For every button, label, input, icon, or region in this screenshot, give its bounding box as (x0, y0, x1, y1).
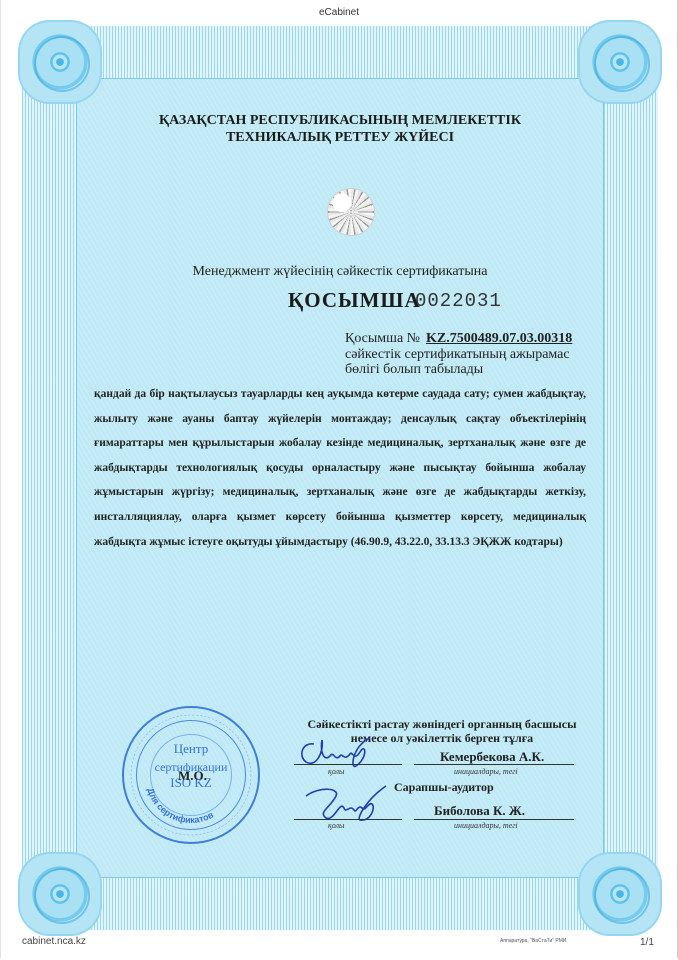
signature-line (294, 819, 402, 820)
name-line (414, 819, 574, 820)
title-line-2: ТЕХНИКАЛЫҚ РЕТТЕУ ЖҮЙЕСІ (22, 129, 658, 146)
stamp-mo-label: М.О. (178, 768, 207, 784)
svg-text:Для сертификатов: Для сертификатов (145, 787, 215, 825)
stamp-line-1: Центр (124, 742, 258, 756)
certificate-title: ҚАЗАҚСТАН РЕСПУБЛИКАСЫНЫҢ МЕМЛЕКЕТТІК ТЕ… (22, 112, 658, 146)
annex-ref-line-3: бөлігі болып табылады (345, 362, 572, 378)
certificate-sheet: ҚАЗАҚСТАН РЕСПУБЛИКАСЫНЫҢ МЕМЛЕКЕТТІК ТЕ… (22, 26, 658, 930)
hologram-icon (328, 189, 374, 235)
certificate-subtitle: Менеджмент жүйесінің сәйкестік сертифика… (22, 264, 658, 280)
signature-auditor-icon (300, 782, 390, 824)
rosette-icon (578, 852, 662, 936)
head-name: Кемербекова А.К. (440, 749, 544, 765)
rosette-icon (578, 20, 662, 104)
name-caption: инициалдары, тегі (454, 821, 518, 830)
annex-serial-number: 0022031 (415, 290, 502, 312)
footer-site-link[interactable]: cabinet.nca.kz (22, 936, 86, 947)
signature-line (294, 764, 402, 765)
annex-heading: ҚОСЫМША (288, 288, 421, 313)
auditor-name: Биболова К. Ж. (434, 803, 525, 819)
head-title-line-1: Сәйкестікті растау жөніндегі органның ба… (302, 717, 582, 731)
signature-caption: қолы (328, 821, 344, 830)
annex-ref-prefix: Қосымша № (345, 331, 420, 346)
name-caption: инициалдары, тегі (454, 767, 518, 776)
page-indicator: 1/1 (640, 937, 654, 948)
footer-note: Аппаратура, "ВаСтаТи" РМИ (500, 938, 566, 944)
rosette-icon (18, 852, 102, 936)
annex-ref-number: KZ.7500489.07.03.00318 (420, 331, 572, 346)
official-stamp: Для сертификатов Центр сертификации ISO … (122, 706, 260, 844)
annex-ref-line-2: сәйкестік сертификатының ажырамас (345, 347, 572, 363)
title-line-1: ҚАЗАҚСТАН РЕСПУБЛИКАСЫНЫҢ МЕМЛЕКЕТТІК (22, 112, 658, 129)
signature-caption: қолы (328, 767, 344, 776)
scope-of-activities: қандай да бір нақтылаусыз тауарларды кең… (94, 382, 586, 554)
rosette-icon (18, 20, 102, 104)
viewer-header-label: eCabinet (0, 7, 678, 18)
auditor-role: Сарапшы-аудитор (394, 780, 494, 795)
annex-reference: Қосымша №KZ.7500489.07.03.00318 сәйкесті… (345, 331, 572, 378)
